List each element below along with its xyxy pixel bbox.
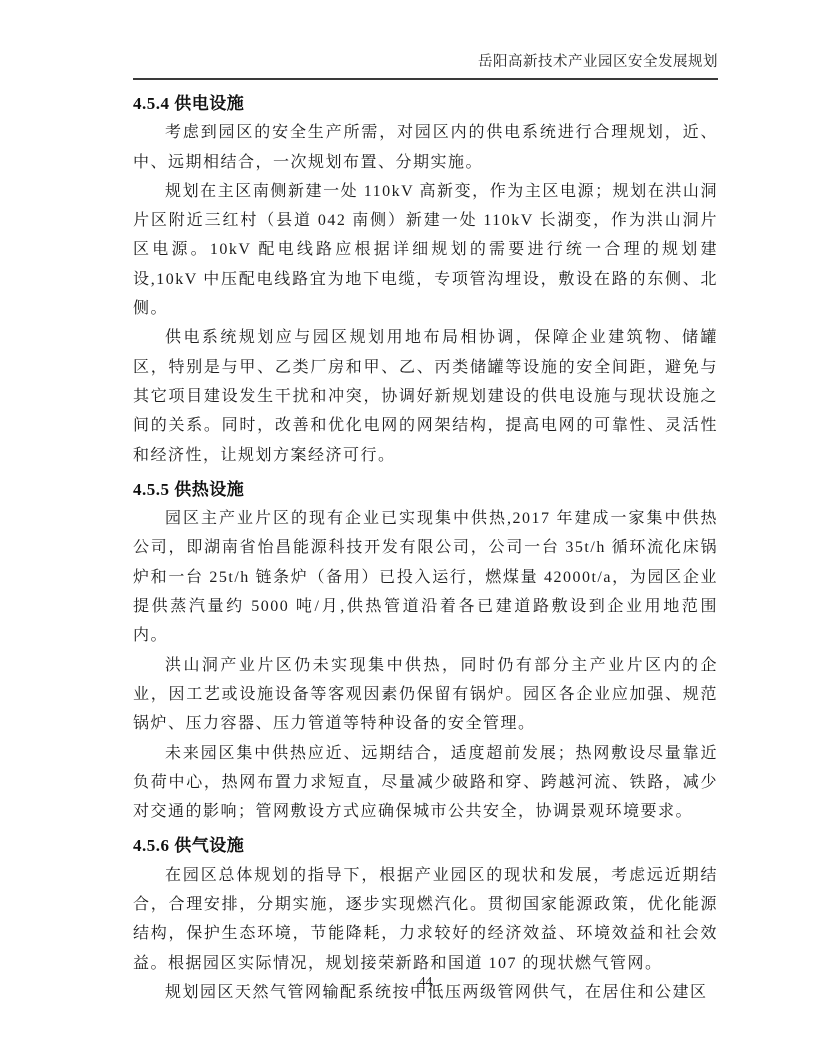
paragraph: 供电系统规划应与园区规划用地布局相协调，保障企业建筑物、储罐区，特别是与甲、乙类… [133, 323, 718, 469]
paragraph: 洪山洞产业片区仍未实现集中供热，同时仍有部分主产业片区内的企业，因工艺或设施设备… [133, 651, 718, 739]
page-content: 岳阳高新技术产业园区安全发展规划 4.5.4 供电设施 考虑到园区的安全生产所需… [133, 52, 718, 1007]
section-heading-4-5-4: 4.5.4 供电设施 [133, 89, 718, 118]
header-title: 岳阳高新技术产业园区安全发展规划 [478, 54, 718, 70]
running-header: 岳阳高新技术产业园区安全发展规划 [133, 52, 718, 80]
paragraph: 考虑到园区的安全生产所需，对园区内的供电系统进行合理规划，近、中、远期相结合，一… [133, 118, 718, 177]
paragraph: 规划在主区南侧新建一处 110kV 高新变，作为主区电源；规划在洪山洞片区附近三… [133, 177, 718, 323]
paragraph: 未来园区集中供热应近、远期结合，适度超前发展；热网敷设尽量靠近负荷中心，热网布置… [133, 739, 718, 827]
paragraph: 在园区总体规划的指导下，根据产业园区的现状和发展，考虑远近期结合，合理安排，分期… [133, 861, 718, 978]
paragraph: 园区主产业片区的现有企业已实现集中供热,2017 年建成一家集中供热公司，即湖南… [133, 504, 718, 650]
section-heading-4-5-5: 4.5.5 供热设施 [133, 475, 718, 504]
document-page: 岳阳高新技术产业园区安全发展规划 4.5.4 供电设施 考虑到园区的安全生产所需… [0, 0, 815, 1055]
section-heading-4-5-6: 4.5.6 供气设施 [133, 831, 718, 860]
page-number: 44 [419, 974, 433, 989]
page-footer: 44 [133, 974, 718, 990]
